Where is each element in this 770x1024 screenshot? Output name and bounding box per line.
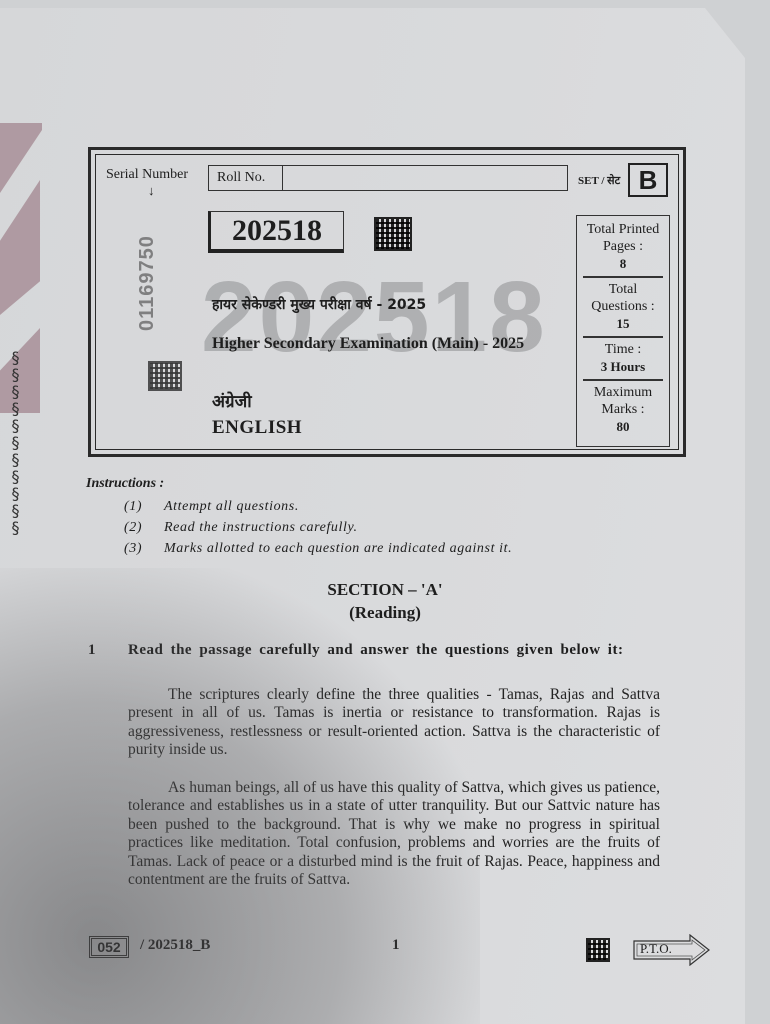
down-arrow-icon: ↓ xyxy=(148,183,155,199)
paper-code-box: 202518 xyxy=(208,211,344,253)
page-footer: 052 / 202518_B 1 P.T.O. xyxy=(0,934,770,964)
footer-boxed-code: 052 xyxy=(89,936,129,958)
border-ornament-icon: §§§§§§§§§§§ xyxy=(0,348,22,518)
decorative-stripe xyxy=(0,180,40,315)
info-total-pages: Total Printed Pages : 8 xyxy=(583,218,663,276)
serial-number-label: Serial Number xyxy=(106,167,188,183)
serial-number: 01169750 xyxy=(136,213,166,353)
section-heading: SECTION – 'A' (Reading) xyxy=(0,578,770,624)
datamatrix-code-icon xyxy=(374,217,412,251)
exam-info-box: Total Printed Pages : 8 Total Questions … xyxy=(576,215,670,447)
subject-english: ENGLISH xyxy=(212,417,302,439)
question-1: 1 Read the passage carefully and answer … xyxy=(88,642,693,659)
pto-arrow: P.T.O. xyxy=(632,934,712,966)
passage-paragraph: The scriptures clearly define the three … xyxy=(128,686,660,760)
header-box: Serial Number ↓ Roll No. SET / सेट B 011… xyxy=(88,147,686,457)
subject-hindi: अंग्रेजी xyxy=(212,389,252,412)
exam-paper-page: §§§§§§§§§§§ Serial Number ↓ Roll No. SET… xyxy=(0,8,745,1024)
section-title: SECTION – 'A' xyxy=(0,578,770,601)
page-number: 1 xyxy=(392,937,400,954)
roll-number-label: Roll No. xyxy=(209,166,283,190)
set-badge: B xyxy=(628,163,668,197)
datamatrix-code-icon xyxy=(586,938,610,962)
exam-title-hindi: हायर सेकेण्डरी मुख्य परीक्षा वर्ष - 2025 xyxy=(212,295,426,314)
roll-number-field[interactable]: Roll No. xyxy=(208,165,568,191)
footer-paper-code: / 202518_B xyxy=(140,937,210,954)
exam-title-english: Higher Secondary Examination (Main) - 20… xyxy=(212,335,524,353)
info-maximum-marks: Maximum Marks : 80 xyxy=(583,379,663,439)
instruction-item: (1)Attempt all questions. xyxy=(124,496,512,517)
instructions-title: Instructions : xyxy=(86,476,512,492)
info-total-questions: Total Questions : 15 xyxy=(583,276,663,336)
question-text: Read the passage carefully and answer th… xyxy=(128,642,623,659)
passage-paragraph: As human beings, all of us have this qua… xyxy=(128,779,660,891)
info-time: Time : 3 Hours xyxy=(583,336,663,379)
datamatrix-code-icon xyxy=(148,361,182,391)
instructions: Instructions : (1)Attempt all questions.… xyxy=(86,476,512,559)
section-subtitle: (Reading) xyxy=(0,601,770,624)
question-number: 1 xyxy=(88,642,128,659)
instruction-item: (3)Marks allotted to each question are i… xyxy=(124,538,512,559)
instruction-item: (2)Read the instructions carefully. xyxy=(124,517,512,538)
set-label: SET / सेट xyxy=(578,173,620,188)
pto-label: P.T.O. xyxy=(640,941,672,957)
decorative-stripe xyxy=(0,123,42,193)
